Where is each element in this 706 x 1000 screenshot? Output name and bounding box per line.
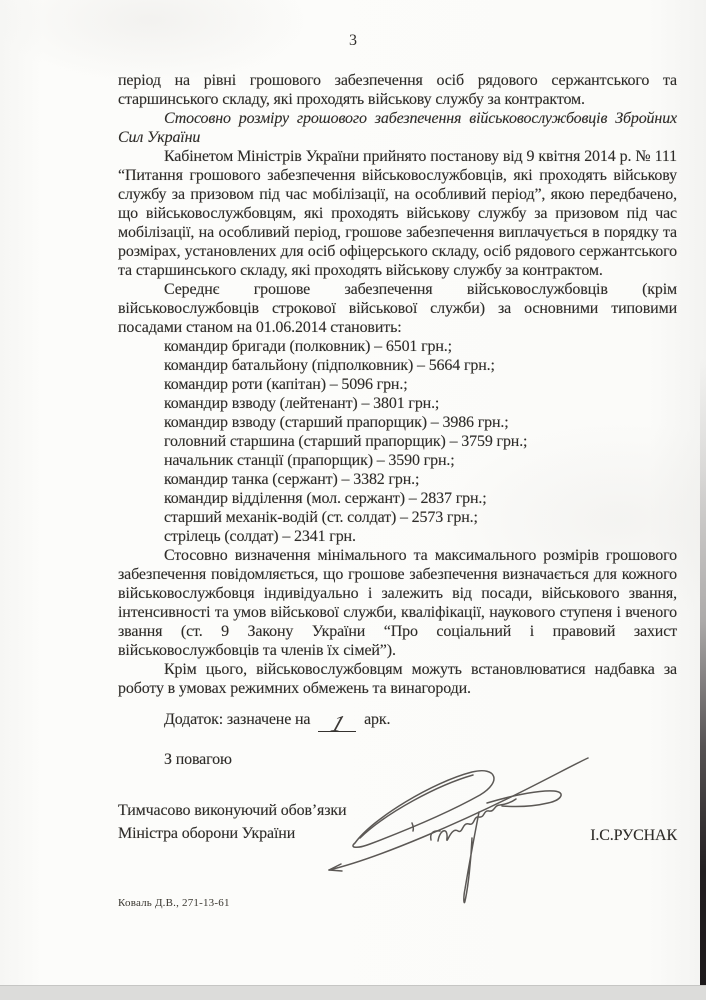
paragraph-continuation: період на рівні грошового забезпечення о… [118,71,677,109]
salary-line: командир взводу (старший прапорщик) – 39… [118,413,677,432]
paragraph-min-max: Стосовно визначення мінімального та макс… [118,546,677,660]
salary-line: головний старшина (старший прапорщик) – … [118,432,677,451]
paragraph-additional-allowance: Крім цього, військовослужбовцям можуть в… [118,660,677,698]
signer-title-line1: Тимчасово виконуючий обов’язки [118,799,346,822]
salary-line: командир бригади (полковник) – 6501 грн.… [118,337,677,356]
salary-line: командир танка (сержант) – 3382 грн.; [118,470,677,489]
attachment-line: Додаток: зазначене на 1 арк. [118,710,677,732]
salary-line: командир відділення (мол. сержант) – 283… [118,489,677,508]
attachment-prefix: Додаток: зазначене на [164,711,310,728]
paragraph-subject: Стосовно розміру грошового забезпечення … [118,109,677,147]
scanned-document-page: 3 період на рівні грошового забезпечення… [0,0,706,985]
salary-line: старший механік-водій (ст. солдат) – 257… [118,508,677,527]
salary-line: стрілець (солдат) – 2341 грн. [118,527,677,546]
signature-block: Тимчасово виконуючий обов’язки Міністра … [118,799,677,845]
salary-line: командир роти (капітан) – 5096 грн.; [118,375,677,394]
salary-line: командир взводу (лейтенант) – 3801 грн.; [118,394,677,413]
salary-list: командир бригади (полковник) – 6501 грн.… [118,337,677,546]
paragraph-average-pay-intro: Середнє грошове забезпечення військовосл… [118,280,677,337]
footer-reference: Коваль Д.В., 271-13-61 [118,894,677,913]
closing-salutation: З повагою [118,750,677,769]
salary-line: начальник станції (прапорщик) – 3590 грн… [118,451,677,470]
letter-body: період на рівні грошового забезпечення о… [118,71,677,913]
attachment-sheet-count-blank: 1 [318,713,356,732]
scan-edge-artifact-right [700,358,706,985]
signer-title: Тимчасово виконуючий обов’язки Міністра … [118,799,346,845]
signer-title-line2: Міністра оборони України [118,822,346,845]
attachment-suffix: арк. [364,711,390,728]
paragraph-resolution: Кабінетом Міністрів України прийнято пос… [118,147,677,280]
scan-edge-artifact-bottom [0,985,706,1000]
handwritten-sheet-number: 1 [330,719,345,730]
salary-line: командир батальйону (підполковник) – 566… [118,356,677,375]
page-number: 3 [0,32,706,50]
signer-name: І.С.РУСНАК [590,826,677,845]
